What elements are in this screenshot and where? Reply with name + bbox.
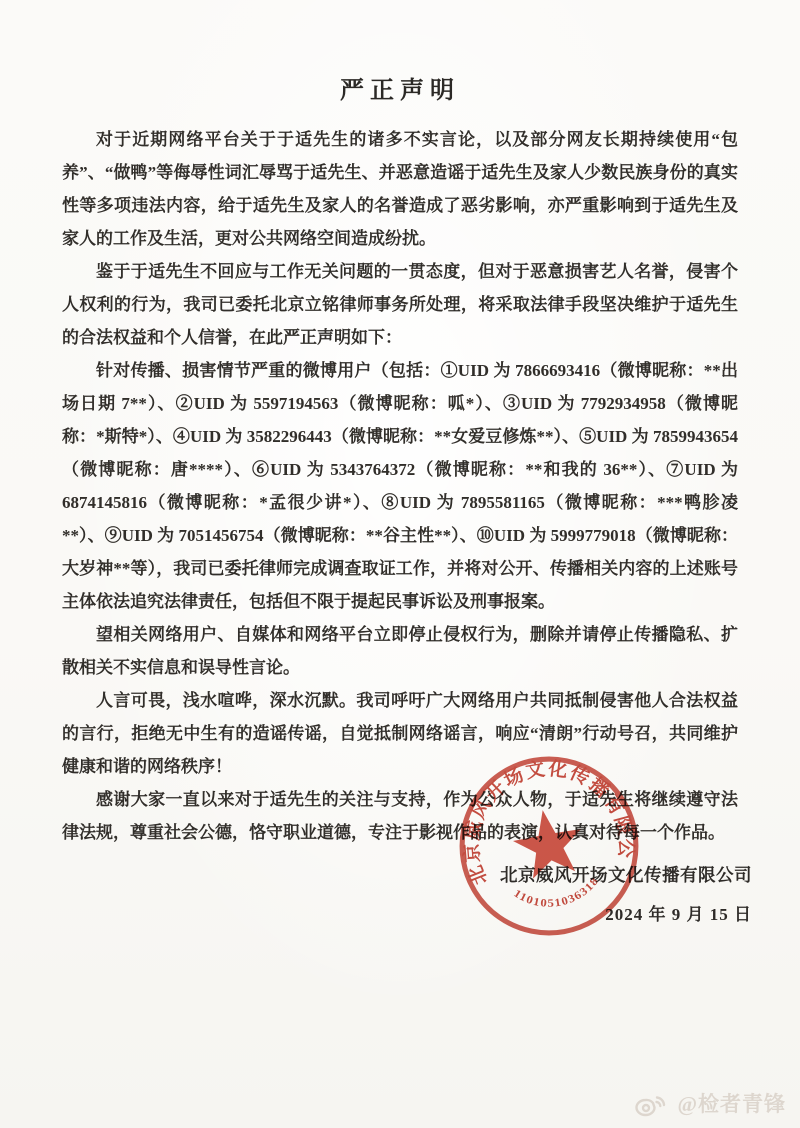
signature-block: 北京威风开场文化传播有限公司 2024 年 9 月 15 日 xyxy=(500,862,752,925)
company-signature: 北京威风开场文化传播有限公司 xyxy=(500,862,752,887)
page-title: 严正声明 xyxy=(0,70,800,105)
paragraph-demand: 望相关网络用户、自媒体和网络平台立即停止侵权行为，删除并请停止传播隐私、扩散相关… xyxy=(62,618,738,684)
weibo-watermark: @检者青锋 xyxy=(634,1088,786,1118)
watermark-handle: @检者青锋 xyxy=(677,1088,786,1118)
document-body: 对于近期网络平台关于于适先生的诸多不实言论，以及部分网友长期持续使用“包养”、“… xyxy=(62,123,738,849)
paragraph-uid-list: 针对传播、损害情节严重的微博用户（包括：①UID 为 7866693416（微博… xyxy=(62,354,738,618)
paragraph-thanks: 感谢大家一直以来对于适先生的关注与支持，作为公众人物，于适先生将继续遵守法律法规… xyxy=(62,783,738,849)
weibo-logo-icon xyxy=(634,1088,670,1118)
paragraph-intro: 对于近期网络平台关于于适先生的诸多不实言论，以及部分网友长期持续使用“包养”、“… xyxy=(62,123,738,255)
signature-date: 2024 年 9 月 15 日 xyxy=(500,900,752,925)
paragraph-appeal: 人言可畏，浅水喧哗，深水沉默。我司呼吁广大网络用户共同抵制侵害他人合法权益的言行… xyxy=(62,684,738,783)
document-page: 严正声明 对于近期网络平台关于于适先生的诸多不实言论，以及部分网友长期持续使用“… xyxy=(0,0,800,1128)
paragraph-lawfirm: 鉴于于适先生不回应与工作无关问题的一贯态度，但对于恶意损害艺人名誉，侵害个人权利… xyxy=(62,255,738,354)
